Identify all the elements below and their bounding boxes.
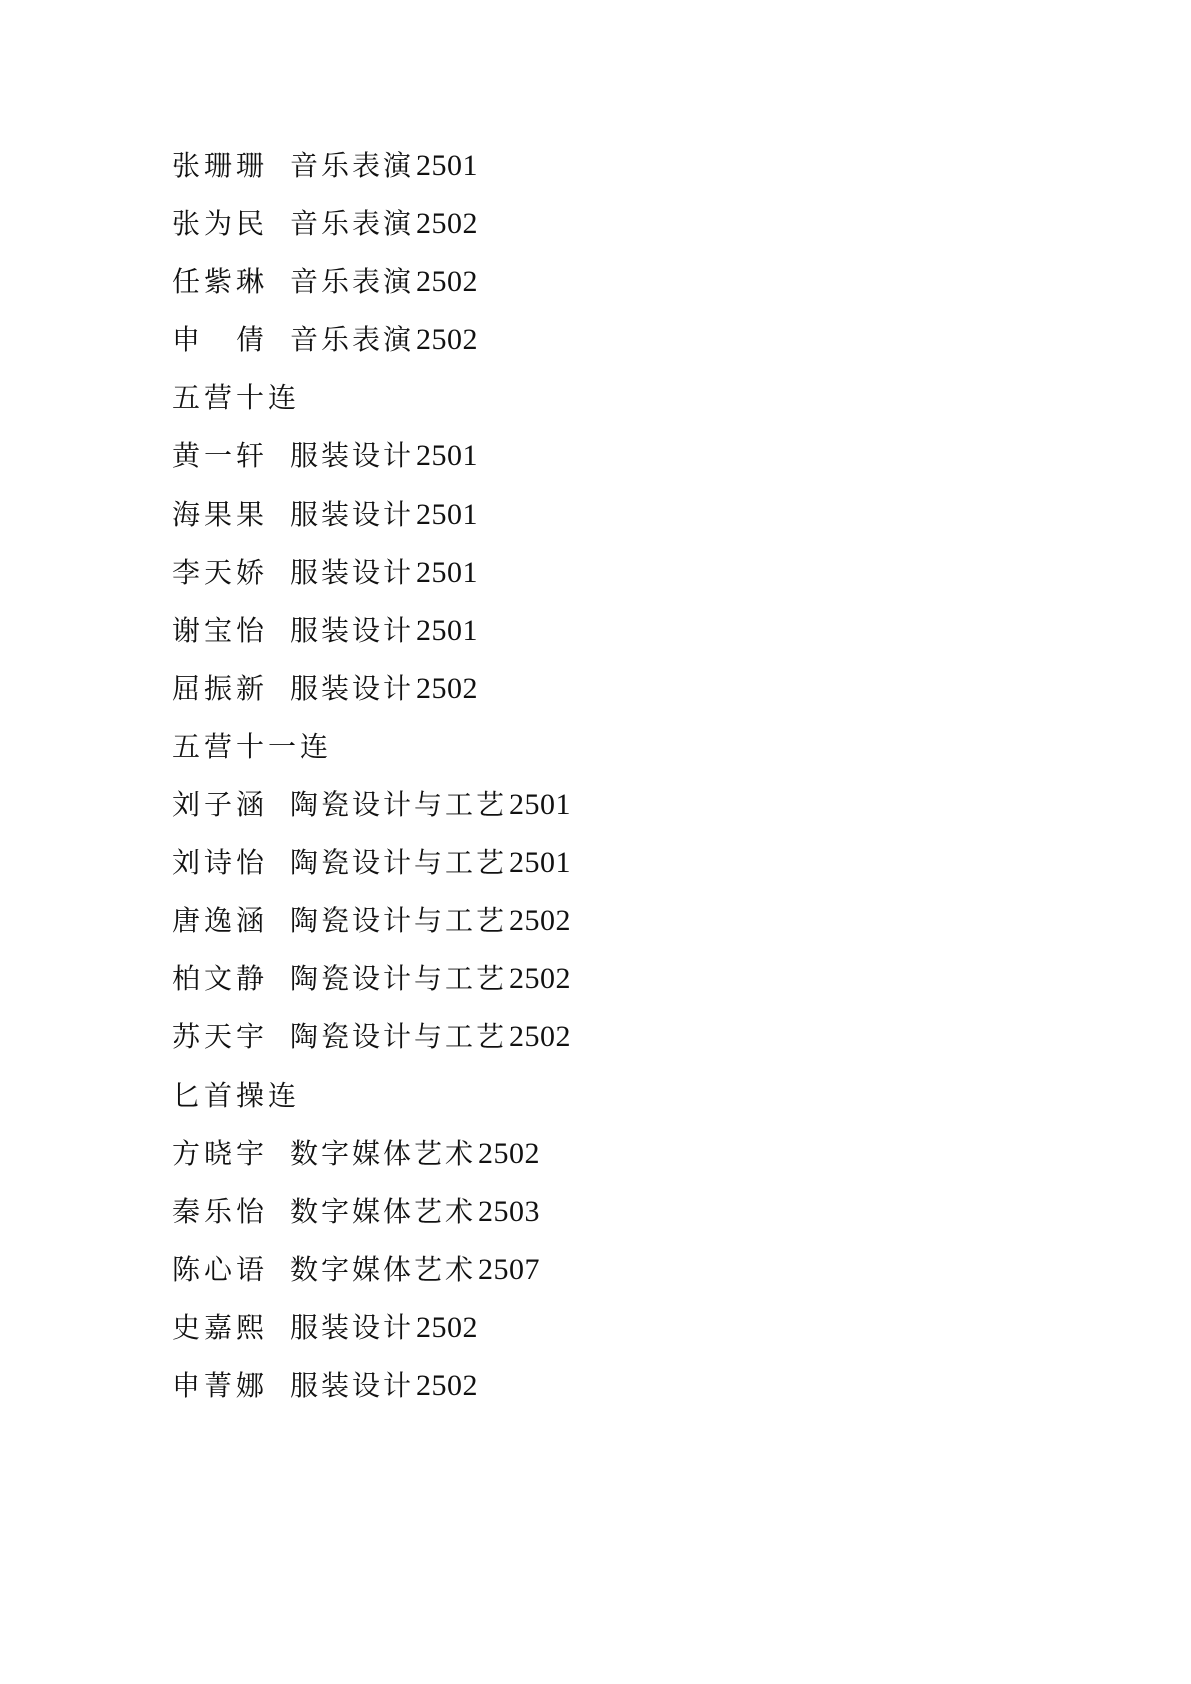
document-page: 张珊珊 音乐表演 2501 张为民 音乐表演 2502 任紫琳 音乐表演 250… — [0, 0, 1191, 1684]
list-item: 刘诗怡 陶瓷设计与工艺 2501 — [172, 843, 1072, 901]
student-name: 史嘉熙 — [172, 1308, 290, 1348]
student-major: 陶瓷设计与工艺 — [290, 843, 507, 883]
student-name: 黄一轩 — [172, 436, 290, 476]
list-item: 柏文静 陶瓷设计与工艺 2502 — [172, 959, 1072, 1017]
student-major: 服装设计 — [290, 1308, 414, 1348]
student-class: 2501 — [509, 785, 571, 825]
student-class: 2502 — [416, 262, 478, 302]
student-name: 方晓宇 — [172, 1134, 290, 1174]
section-heading: 五营十连 — [172, 378, 1072, 436]
student-class: 2502 — [416, 669, 478, 709]
list-item: 张珊珊 音乐表演 2501 — [172, 146, 1072, 204]
student-name: 刘诗怡 — [172, 843, 290, 883]
student-major: 服装设计 — [290, 436, 414, 476]
student-major: 服装设计 — [290, 1366, 414, 1406]
list-item: 苏天宇 陶瓷设计与工艺 2502 — [172, 1017, 1072, 1075]
section-heading: 匕首操连 — [172, 1076, 1072, 1134]
section-heading: 五营十一连 — [172, 727, 1072, 785]
list-item: 刘子涵 陶瓷设计与工艺 2501 — [172, 785, 1072, 843]
student-name: 唐逸涵 — [172, 901, 290, 941]
student-name: 张珊珊 — [172, 146, 290, 186]
student-name: 张为民 — [172, 204, 290, 244]
student-major: 数字媒体艺术 — [290, 1250, 476, 1290]
student-major: 陶瓷设计与工艺 — [290, 785, 507, 825]
student-class: 2502 — [478, 1134, 540, 1174]
list-item: 方晓宇 数字媒体艺术 2502 — [172, 1134, 1072, 1192]
student-major: 服装设计 — [290, 669, 414, 709]
student-class: 2501 — [416, 553, 478, 593]
student-major: 服装设计 — [290, 611, 414, 651]
student-name: 秦乐怡 — [172, 1192, 290, 1232]
list-item: 史嘉熙 服装设计 2502 — [172, 1308, 1072, 1366]
student-class: 2502 — [509, 1017, 571, 1057]
student-name: 屈振新 — [172, 669, 290, 709]
student-class: 2501 — [416, 611, 478, 651]
student-name: 谢宝怡 — [172, 611, 290, 651]
student-major: 陶瓷设计与工艺 — [290, 901, 507, 941]
student-name: 陈心语 — [172, 1250, 290, 1290]
list-item: 张为民 音乐表演 2502 — [172, 204, 1072, 262]
list-item: 秦乐怡 数字媒体艺术 2503 — [172, 1192, 1072, 1250]
student-name: 李天娇 — [172, 553, 290, 593]
student-class: 2501 — [509, 843, 571, 883]
student-class: 2502 — [509, 959, 571, 999]
student-class: 2501 — [416, 146, 478, 186]
student-name: 申菁娜 — [172, 1366, 290, 1406]
student-major: 音乐表演 — [290, 146, 414, 186]
list-item: 李天娇 服装设计 2501 — [172, 553, 1072, 611]
student-major: 数字媒体艺术 — [290, 1134, 476, 1174]
list-item: 海果果 服装设计 2501 — [172, 495, 1072, 553]
student-class: 2502 — [416, 1308, 478, 1348]
student-name: 苏天宇 — [172, 1017, 290, 1057]
list-item: 申菁娜 服装设计 2502 — [172, 1366, 1072, 1424]
student-major: 服装设计 — [290, 553, 414, 593]
student-name: 海果果 — [172, 495, 290, 535]
student-class: 2502 — [416, 1366, 478, 1406]
list-item: 屈振新 服装设计 2502 — [172, 669, 1072, 727]
list-item: 黄一轩 服装设计 2501 — [172, 436, 1072, 494]
student-class: 2502 — [416, 204, 478, 244]
list-item: 陈心语 数字媒体艺术 2507 — [172, 1250, 1072, 1308]
list-item: 唐逸涵 陶瓷设计与工艺 2502 — [172, 901, 1072, 959]
student-major: 陶瓷设计与工艺 — [290, 1017, 507, 1057]
student-major: 音乐表演 — [290, 320, 414, 360]
student-name: 柏文静 — [172, 959, 290, 999]
student-class: 2501 — [416, 495, 478, 535]
student-class: 2503 — [478, 1192, 540, 1232]
student-class: 2507 — [478, 1250, 540, 1290]
list-item: 申 倩 音乐表演 2502 — [172, 320, 1072, 378]
student-name: 刘子涵 — [172, 785, 290, 825]
student-class: 2502 — [416, 320, 478, 360]
student-class: 2502 — [509, 901, 571, 941]
student-major: 数字媒体艺术 — [290, 1192, 476, 1232]
document-body: 张珊珊 音乐表演 2501 张为民 音乐表演 2502 任紫琳 音乐表演 250… — [172, 146, 1072, 1424]
student-major: 音乐表演 — [290, 204, 414, 244]
student-major: 服装设计 — [290, 495, 414, 535]
student-name: 申 倩 — [172, 320, 290, 360]
student-class: 2501 — [416, 436, 478, 476]
list-item: 谢宝怡 服装设计 2501 — [172, 611, 1072, 669]
student-major: 音乐表演 — [290, 262, 414, 302]
student-name: 任紫琳 — [172, 262, 290, 302]
list-item: 任紫琳 音乐表演 2502 — [172, 262, 1072, 320]
student-major: 陶瓷设计与工艺 — [290, 959, 507, 999]
